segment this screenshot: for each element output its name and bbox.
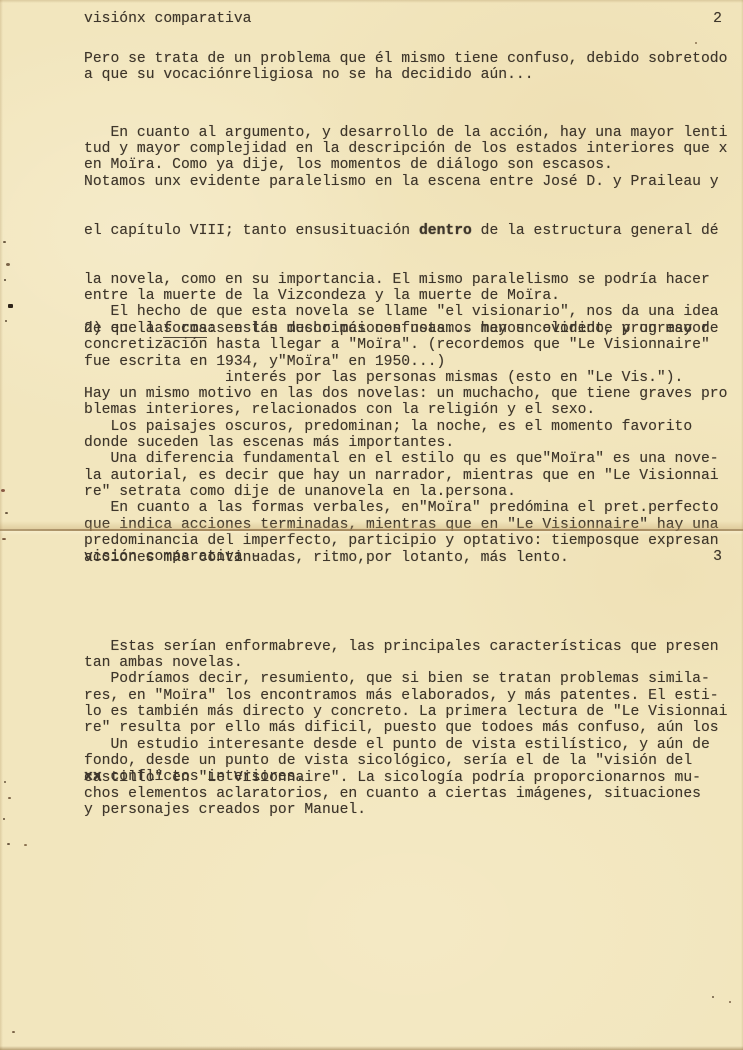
paper-crease-highlight <box>0 531 743 535</box>
paper-speck <box>4 279 6 281</box>
paper-speck <box>8 797 11 799</box>
page2-number: 2 <box>713 11 722 27</box>
scanned-document-page: visiónx comparativa 2 Pero se trata de u… <box>0 0 743 1050</box>
forma-line-post: : en las descripciones notamos menos col… <box>207 321 709 337</box>
page3-header: visión comparativa - 3 <box>84 549 722 565</box>
page2-header: visiónx comparativa 2 <box>84 11 722 27</box>
page2-paragraph-1: Pero se trata de un problema que él mism… <box>84 51 727 84</box>
paper-speck <box>695 42 697 44</box>
scan-edge-left <box>0 0 3 1050</box>
dentro-line-bold: dentro <box>419 223 472 239</box>
paper-speck <box>12 1031 15 1033</box>
page3-title: visión comparativa - <box>84 549 260 565</box>
paper-speck <box>729 1001 731 1003</box>
paper-speck <box>3 241 6 243</box>
dentro-line-post: de la estructura general dé <box>472 223 719 239</box>
page3-paragraph-1-lines: Estas serían enformabreve, las principal… <box>84 639 727 737</box>
page2-paragraph-3-lines: interés por las personas mismas (esto en… <box>84 370 727 566</box>
page2-paragraph-2-part1: En cuanto al argumento, y desarrollo de … <box>84 125 727 190</box>
paper-speck <box>1 489 5 492</box>
paper-speck <box>5 512 8 514</box>
scan-edge-bottom <box>0 1046 743 1050</box>
forma-line-pre: 2) en la <box>84 321 163 337</box>
page2-title: visiónx comparativa <box>84 11 251 27</box>
paper-speck <box>5 320 7 322</box>
page2-forma-line: 2) en la forma: en las descripciones not… <box>84 321 727 337</box>
paper-speck <box>712 996 714 998</box>
forma-line-underlined: forma <box>163 321 207 339</box>
scan-edge-top <box>0 0 743 3</box>
page2-dentro-line: el capítulo VIII; tanto ensusituación de… <box>84 223 727 239</box>
paper-speck <box>4 781 6 783</box>
page3-number: 3 <box>713 549 722 565</box>
paper-speck <box>24 844 27 846</box>
paper-speck <box>7 843 10 845</box>
paper-speck <box>8 304 13 308</box>
paper-speck <box>2 538 6 540</box>
paper-crease-shadow <box>0 521 743 529</box>
dentro-line-pre: el capítulo VIII; tanto ensusituación <box>84 223 419 239</box>
paper-speck <box>3 818 5 820</box>
page3-paragraph-2: Un estudio interesante desde el punto de… <box>84 737 710 819</box>
paper-speck <box>6 263 10 266</box>
